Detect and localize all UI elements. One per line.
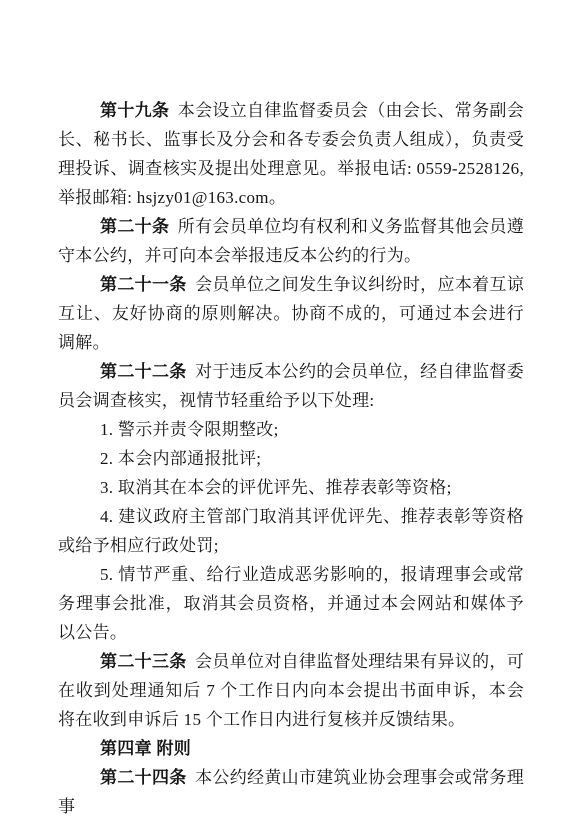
article-23-label: 第二十三条 bbox=[100, 652, 187, 671]
article-24-paragraph: 第二十四条本公约经黄山市建筑业协会理事会或常务理事 bbox=[58, 763, 524, 821]
article-21-label: 第二十一条 bbox=[100, 275, 187, 294]
article-22-label: 第二十二条 bbox=[100, 362, 187, 381]
list-item-4: 4. 建议政府主管部门取消其评优评先、推荐表彰等资格或给予相应行政处罚; bbox=[58, 502, 524, 560]
article-19-paragraph: 第十九条本会设立自律监督委员会（由会长、常务副会长、秘书长、监事长及分会和各专委… bbox=[58, 96, 524, 212]
list-item-1: 1. 警示并责令限期整改; bbox=[58, 415, 524, 444]
chapter-4-label: 第四章 附则 bbox=[100, 739, 191, 758]
list-item-5-text: 5. 情节严重、给行业造成恶劣影响的，报请理事会或常务理事会批准，取消其会员资格… bbox=[58, 565, 524, 642]
article-19-label: 第十九条 bbox=[100, 101, 169, 120]
document-page: 第十九条本会设立自律监督委员会（由会长、常务副会长、秘书长、监事长及分会和各专委… bbox=[0, 0, 581, 828]
article-20-paragraph: 第二十条所有会员单位均有权利和义务监督其他会员遵守本公约，并可向本会举报违反本公… bbox=[58, 212, 524, 270]
list-item-2: 2. 本会内部通报批评; bbox=[58, 444, 524, 473]
list-item-1-text: 1. 警示并责令限期整改; bbox=[100, 420, 279, 439]
article-22-paragraph: 第二十二条对于违反本公约的会员单位，经自律监督委员会调查核实，视情节轻重给予以下… bbox=[58, 357, 524, 415]
list-item-4-text: 4. 建议政府主管部门取消其评优评先、推荐表彰等资格或给予相应行政处罚; bbox=[58, 507, 524, 555]
article-21-paragraph: 第二十一条会员单位之间发生争议纠纷时，应本着互谅互让、友好协商的原则解决。协商不… bbox=[58, 270, 524, 357]
article-24-label: 第二十四条 bbox=[100, 768, 187, 787]
article-23-paragraph: 第二十三条会员单位对自律监督处理结果有异议的，可在收到处理通知后 7 个工作日内… bbox=[58, 647, 524, 734]
chapter-4-heading: 第四章 附则 bbox=[58, 734, 524, 763]
list-item-5: 5. 情节严重、给行业造成恶劣影响的，报请理事会或常务理事会批准，取消其会员资格… bbox=[58, 560, 524, 647]
list-item-2-text: 2. 本会内部通报批评; bbox=[100, 449, 261, 468]
list-item-3: 3. 取消其在本会的评优评先、推荐表彰等资格; bbox=[58, 473, 524, 502]
list-item-3-text: 3. 取消其在本会的评优评先、推荐表彰等资格; bbox=[100, 478, 452, 497]
article-20-label: 第二十条 bbox=[100, 217, 169, 236]
